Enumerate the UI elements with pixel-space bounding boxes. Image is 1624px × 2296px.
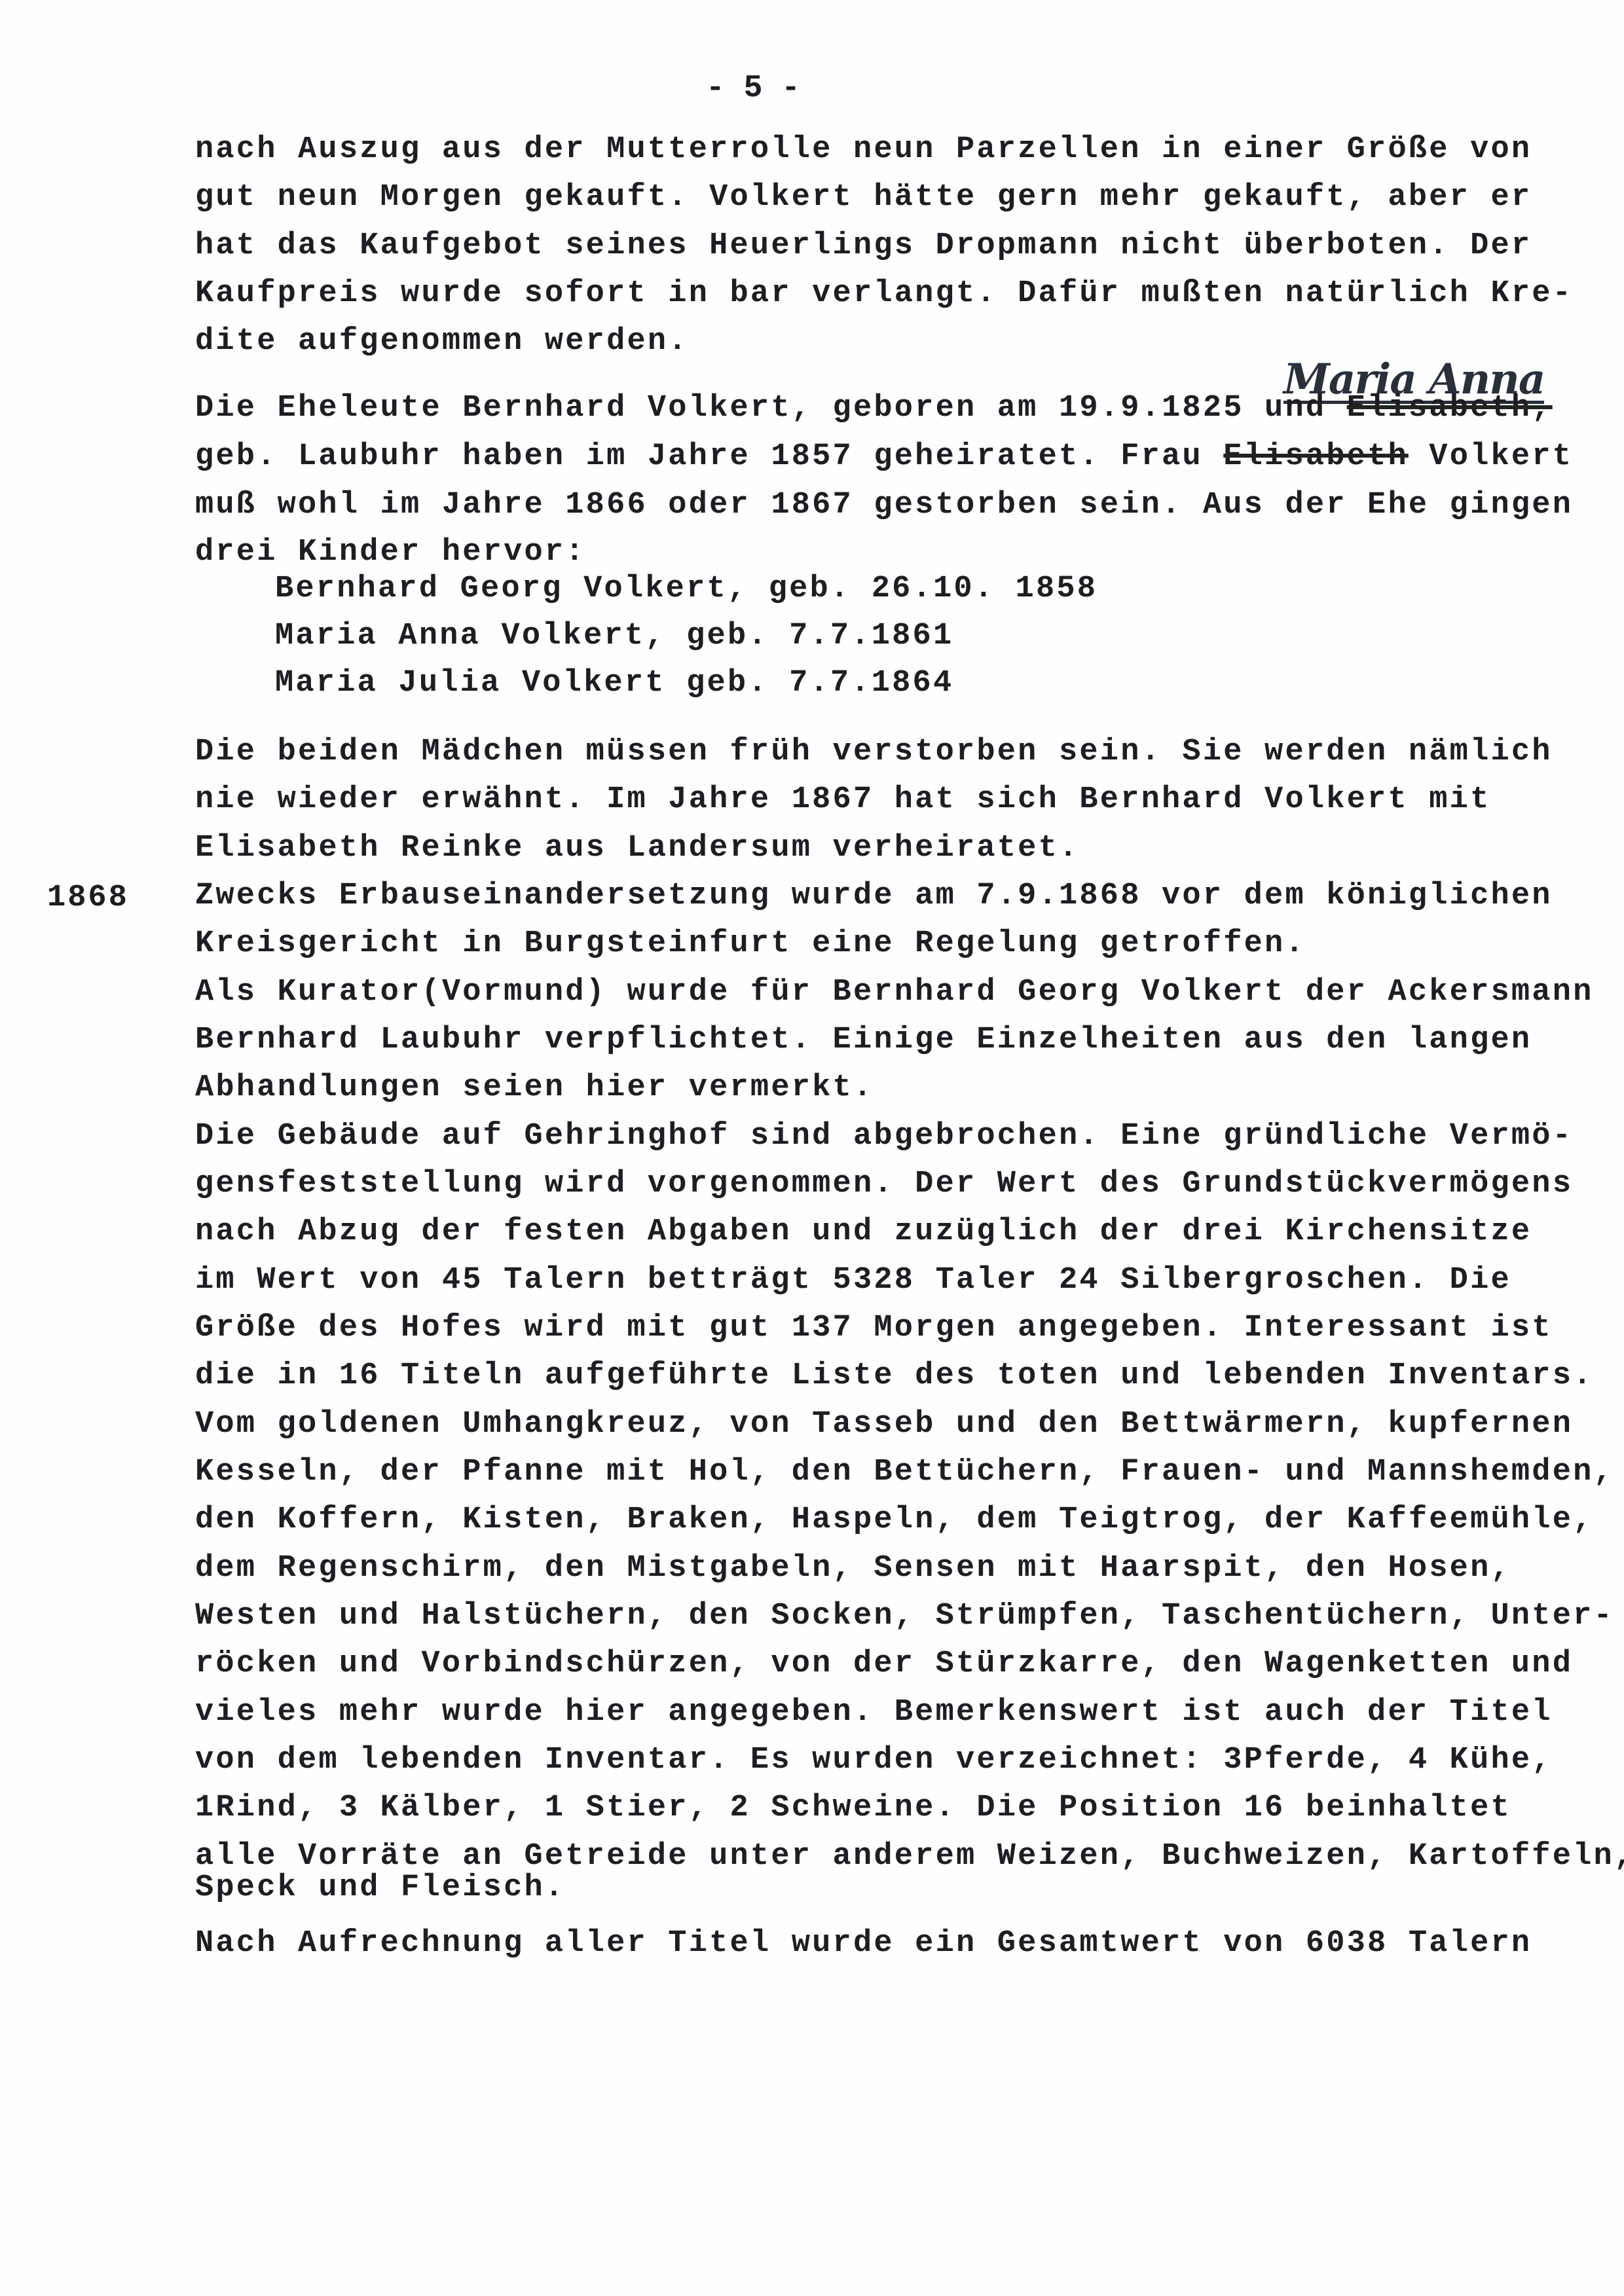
text-line: dem Regenschirm, den Mistgabeln, Sensen … [195, 1553, 1511, 1584]
text-line: Die beiden Mädchen müssen früh verstorbe… [195, 737, 1553, 767]
text-line: dite aufgenommen werden. [195, 326, 689, 357]
text-line: Nach Aufrechnung aller Titel wurde ein G… [195, 1928, 1532, 1959]
text-line: Kreisgericht in Burgsteinfurt eine Regel… [195, 928, 1306, 959]
text-line: von dem lebenden Inventar. Es wurden ver… [195, 1745, 1553, 1776]
text-line: Größe des Hofes wird mit gut 137 Morgen … [195, 1313, 1553, 1343]
text-line: Westen und Halstüchern, den Socken, Strü… [195, 1601, 1614, 1631]
text-line: geb. Laubuhr haben im Jahre 1857 geheira… [195, 441, 1573, 472]
text-segment: Die Eheleute Bernhard Volkert, geboren a… [195, 391, 1347, 426]
text-line: Zwecks Erbauseinandersetzung wurde am 7.… [195, 881, 1553, 911]
text-line: die in 16 Titeln aufgeführte Liste des t… [195, 1360, 1594, 1391]
text-line: Die Gebäude auf Gehringhof sind abgebroc… [195, 1121, 1573, 1152]
child-entry: Maria Julia Volkert geb. 7.7.1864 [275, 668, 953, 699]
text-line: muß wohl im Jahre 1866 oder 1867 gestorb… [195, 490, 1573, 520]
struck-text: Elisabeth [1223, 439, 1409, 474]
text-line: röcken und Vorbindschürzen, von der Stür… [195, 1649, 1573, 1679]
text-line: Die Eheleute Bernhard Volkert, geboren a… [195, 393, 1553, 424]
text-line: nach Abzug der festen Abgaben und zuzügl… [195, 1216, 1532, 1247]
text-line: drei Kinder hervor: [195, 537, 586, 568]
text-line: vieles mehr wurde hier angegeben. Bemerk… [195, 1697, 1553, 1728]
text-line: Als Kurator(Vormund) wurde für Bernhard … [195, 977, 1594, 1008]
text-line: Vom goldenen Umhangkreuz, von Tasseb und… [195, 1409, 1573, 1440]
text-line: 1Rind, 3 Kälber, 1 Stier, 2 Schweine. Di… [195, 1793, 1511, 1823]
text-line: hat das Kaufgebot seines Heuerlings Drop… [195, 230, 1532, 261]
document-page: - 5 - nach Auszug aus der Mutterrolle ne… [0, 0, 1624, 2296]
text-line: Abhandlungen seien hier vermerkt. [195, 1072, 874, 1103]
text-line: den Koffern, Kisten, Braken, Haspeln, de… [195, 1504, 1594, 1535]
page-number: - 5 - [706, 71, 800, 106]
margin-year-note: 1868 [47, 881, 129, 915]
child-entry: Maria Anna Volkert, geb. 7.7.1861 [275, 621, 953, 651]
child-entry: Bernhard Georg Volkert, geb. 26.10. 1858 [275, 574, 1098, 604]
text-line: Kesseln, der Pfanne mit Hol, den Bettüch… [195, 1457, 1614, 1487]
text-line: im Wert von 45 Talern betträgt 5328 Tale… [195, 1265, 1511, 1296]
text-line: nie wieder erwähnt. Im Jahre 1867 hat si… [195, 784, 1491, 815]
text-line: gut neun Morgen gekauft. Volkert hätte g… [195, 182, 1532, 213]
text-line: Bernhard Laubuhr verpflichtet. Einige Ei… [195, 1025, 1532, 1055]
text-line: gensfeststellung wird vorgenommen. Der W… [195, 1169, 1573, 1199]
text-line: Elisabeth Reinke aus Landersum verheirat… [195, 833, 1079, 864]
text-line: nach Auszug aus der Mutterrolle neun Par… [195, 134, 1532, 165]
text-line: Kaufpreis wurde sofort in bar verlangt. … [195, 278, 1573, 309]
text-line: Speck und Fleisch. [195, 1872, 565, 1903]
struck-text: Elisabeth, [1347, 391, 1553, 426]
text-line: alle Vorräte an Getreide unter anderem W… [195, 1841, 1624, 1872]
text-segment: Volkert [1409, 439, 1573, 474]
text-segment: geb. Laubuhr haben im Jahre 1857 geheira… [195, 439, 1223, 474]
